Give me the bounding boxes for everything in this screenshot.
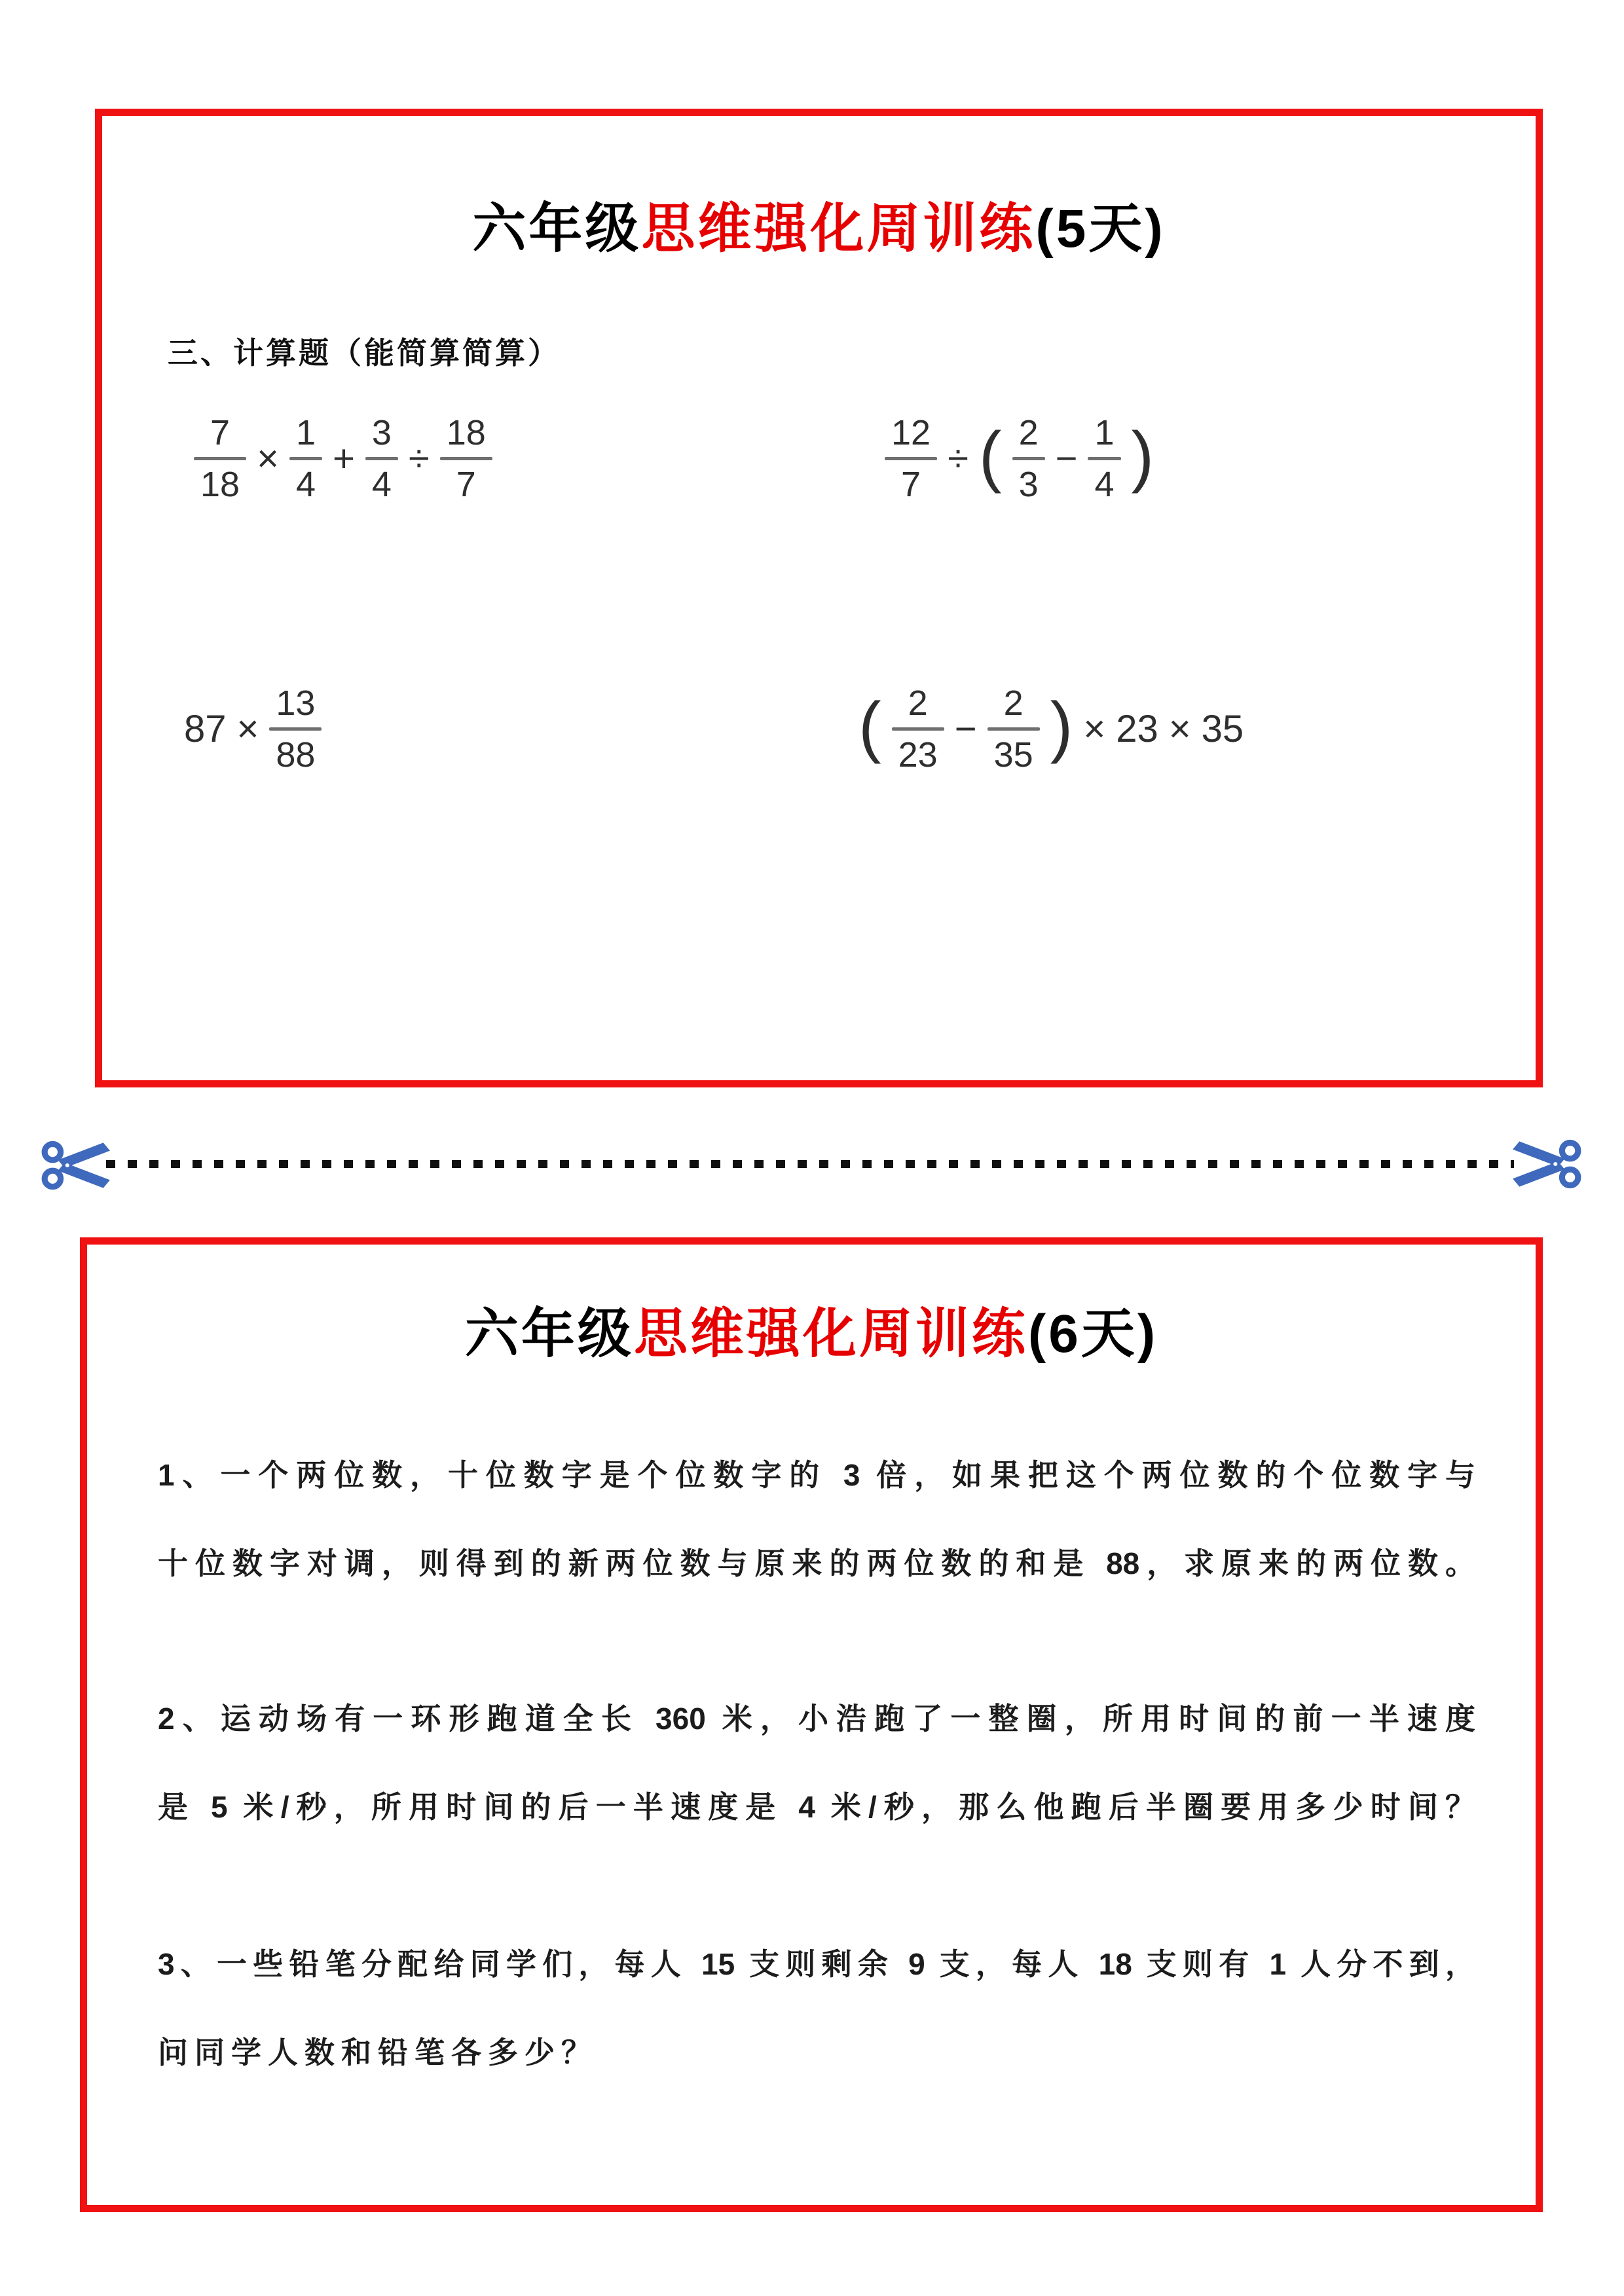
scissors-pivot [64, 1162, 71, 1169]
fraction-numerator: 2 [1012, 414, 1045, 457]
problem-line: 问同学人数和铅笔各多少？ [158, 2009, 1475, 2097]
fraction: 13 88 [269, 684, 322, 774]
scissors-icon [1510, 1137, 1583, 1192]
title-highlight-text: 思维强化周训练 [634, 1304, 1028, 1364]
scissors-pivot [1552, 1161, 1559, 1167]
fraction-numerator: 18 [440, 414, 492, 457]
scissors-handle [1562, 1142, 1578, 1158]
problem-1: 1、一个两位数，十位数字是个位数字的 3 倍，如果把这个两位数的个位数字与 十位… [158, 1431, 1475, 1608]
scissors-handle [45, 1171, 60, 1186]
title-days-text: (5天) [1035, 199, 1165, 259]
problem-line: 是 5 米/秒，所用时间的后一半速度是 4 米/秒，那么他跑后半圈要用多少时间？ [158, 1763, 1475, 1851]
title-grade-text: 六年级 [465, 1304, 634, 1364]
title-highlight-text: 思维强化周训练 [641, 199, 1035, 259]
scissors-icon [39, 1138, 113, 1193]
fraction-denominator: 4 [1088, 460, 1120, 503]
fraction-denominator: 35 [987, 731, 1040, 774]
problem-line: 十位数字对调，则得到的新两位数与原来的两位数的和是 88，求原来的两位数。 [158, 1520, 1475, 1608]
fraction: 2 35 [987, 684, 1040, 774]
multiply-operator: × [1083, 710, 1105, 748]
math-expression-3: 87 × 13 88 [184, 684, 322, 774]
fraction-denominator: 7 [895, 460, 927, 503]
minus-operator: − [1056, 440, 1078, 478]
problem-line: 1、一个两位数，十位数字是个位数字的 3 倍，如果把这个两位数的个位数字与 [158, 1431, 1475, 1520]
worksheet-card-day5: 六年级思维强化周训练(5天) 三、计算题（能简算简算） 7 18 × 1 4 +… [95, 109, 1543, 1087]
title-grade-text: 六年级 [472, 199, 641, 259]
worksheet-card-day6: 六年级思维强化周训练(6天) 1、一个两位数，十位数字是个位数字的 3 倍，如果… [80, 1237, 1543, 2212]
worksheet-page: 六年级思维强化周训练(5天) 三、计算题（能简算简算） 7 18 × 1 4 +… [0, 0, 1624, 2296]
fraction: 1 4 [1088, 414, 1120, 503]
fraction-denominator: 88 [269, 731, 322, 774]
math-expression-1: 7 18 × 1 4 + 3 4 ÷ 18 7 [194, 414, 492, 503]
divide-operator: ÷ [409, 440, 430, 478]
right-parenthesis: ) [1132, 422, 1154, 490]
multiply-operator: × [1169, 710, 1191, 748]
fraction-denominator: 18 [194, 460, 246, 503]
whole-number: 87 [184, 710, 227, 748]
scissors-handle [45, 1144, 60, 1159]
whole-number: 35 [1202, 710, 1244, 748]
multiply-operator: × [257, 440, 279, 478]
fraction-numerator: 12 [885, 414, 937, 457]
problem-3: 3、一些铅笔分配给同学们，每人 15 支则剩余 9 支，每人 18 支则有 1 … [158, 1920, 1475, 2097]
fraction-numerator: 2 [997, 684, 1030, 727]
problem-2: 2、运动场有一环形跑道全长 360 米，小浩跑了一整圈，所用时间的前一半速度 是… [158, 1675, 1475, 1851]
divide-operator: ÷ [948, 440, 969, 478]
fraction-numerator: 1 [1088, 414, 1120, 457]
fraction-numerator: 1 [289, 414, 322, 457]
fraction: 2 23 [892, 684, 944, 774]
left-parenthesis: ( [858, 693, 881, 761]
plus-operator: + [333, 440, 355, 478]
scissors-handle [1562, 1169, 1578, 1185]
fraction-denominator: 4 [289, 460, 322, 503]
section-heading-calculation: 三、计算题（能简算简算） [168, 329, 561, 373]
fraction: 7 18 [194, 414, 246, 503]
fraction-denominator: 23 [892, 731, 944, 774]
fraction-denominator: 4 [365, 460, 398, 503]
right-parenthesis: ) [1050, 693, 1073, 761]
fraction-numerator: 13 [269, 684, 322, 727]
fraction: 3 4 [365, 414, 398, 503]
fraction-numerator: 3 [365, 414, 398, 457]
cut-dotted-line [106, 1160, 1514, 1168]
fraction-numerator: 7 [204, 414, 236, 457]
fraction-denominator: 3 [1012, 460, 1045, 503]
fraction: 12 7 [885, 414, 937, 503]
problem-line: 3、一些铅笔分配给同学们，每人 15 支则剩余 9 支，每人 18 支则有 1 … [158, 1920, 1475, 2009]
fraction-numerator: 2 [902, 684, 934, 727]
minus-operator: − [955, 710, 977, 748]
fraction: 2 3 [1012, 414, 1045, 503]
fraction: 18 7 [440, 414, 492, 503]
math-expression-4: ( 2 23 − 2 35 ) × 23 × 35 [858, 684, 1244, 774]
fraction: 1 4 [289, 414, 322, 503]
title-days-text: (6天) [1028, 1304, 1158, 1364]
fraction-denominator: 7 [450, 460, 483, 503]
whole-number: 23 [1116, 710, 1158, 748]
left-parenthesis: ( [979, 422, 1002, 490]
multiply-operator: × [237, 710, 259, 748]
problem-line: 2、运动场有一环形跑道全长 360 米，小浩跑了一整圈，所用时间的前一半速度 [158, 1675, 1475, 1763]
page-title-day6: 六年级思维强化周训练(6天) [87, 1303, 1536, 1365]
page-title-day5: 六年级思维强化周训练(5天) [102, 198, 1536, 260]
math-expression-2: 12 7 ÷ ( 2 3 − 1 4 ) [885, 414, 1154, 503]
